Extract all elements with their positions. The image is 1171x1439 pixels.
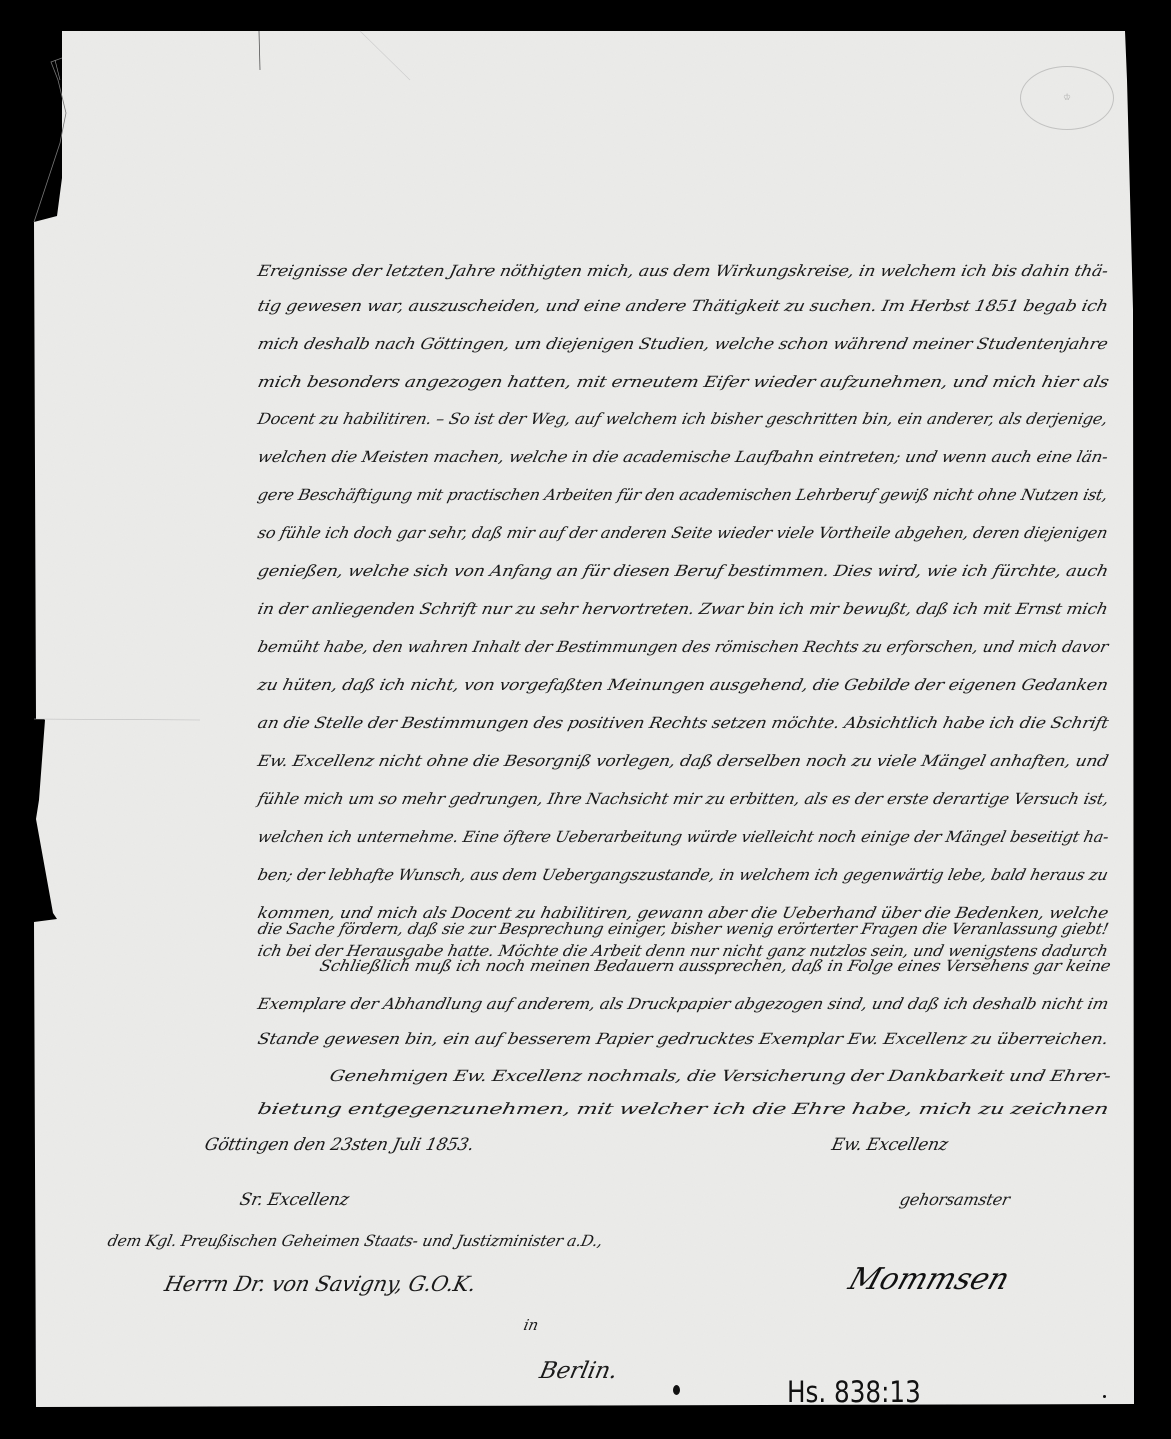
address-line-1: Sr. Excellenz	[238, 1190, 351, 1210]
body-line: Docent zu habilitiren. – So ist der Weg,…	[256, 410, 1109, 428]
body-line: mich deshalb nach Göttingen, um diejenig…	[256, 335, 1109, 353]
body-line: genießen, welche sich von Anfang an für …	[256, 562, 1110, 580]
body-line: tig gewesen war, auszuscheiden, und eine…	[256, 297, 1110, 315]
body-line: Exemplare der Abhandlung auf anderem, al…	[256, 995, 1110, 1013]
body-line: fühle mich um so mehr gedrungen, Ihre Na…	[256, 790, 1110, 808]
closing-salutation: Ew. Excellenz	[830, 1135, 950, 1155]
address-line-3: Herrn Dr. von Savigny, G.O.K.	[162, 1272, 478, 1296]
body-line: welchen ich unternehme. Eine öftere Uebe…	[256, 828, 1110, 846]
body-line: an die Stelle der Bestimmungen des posit…	[256, 714, 1110, 732]
body-line: in der anliegenden Schrift nur zu sehr h…	[256, 600, 1109, 618]
body-line: Ereignisse der letzten Jahre nöthigten m…	[256, 262, 1110, 280]
library-stamp: ♔	[1020, 66, 1114, 130]
body-line: die Sache fördern, daß sie zur Besprechu…	[256, 920, 1110, 938]
ink-dot	[673, 1385, 680, 1395]
shelfmark: Hs. 838:13	[787, 1375, 921, 1409]
body-line-indented: Schließlich muß ich noch meinen Bedauern…	[318, 957, 1112, 975]
signature: Mommsen	[844, 1262, 1014, 1297]
body-line: gere Beschäftigung mit practischen Arbei…	[256, 486, 1109, 504]
body-line: Stande gewesen bin, ein auf besserem Pap…	[256, 1030, 1110, 1048]
body-line: Ew. Excellenz nicht ohne die Besorgniß v…	[256, 752, 1110, 770]
body-line: zu hüten, daß ich nicht, von vorgefaßten…	[256, 676, 1110, 694]
body-line: welchen die Meisten machen, welche in di…	[256, 448, 1109, 466]
closing-gehorsamster: gehorsamster	[898, 1190, 1012, 1209]
body-line: bemüht habe, den wahren Inhalt der Besti…	[256, 638, 1110, 656]
body-line-indented: Genehmigen Ew. Excellenz nochmals, die V…	[328, 1067, 1112, 1085]
ink-dot	[1103, 1395, 1106, 1398]
address-line-2: dem Kgl. Preußischen Geheimen Staats- un…	[106, 1232, 604, 1250]
body-line: so fühle ich doch gar sehr, daß mir auf …	[256, 524, 1109, 542]
body-line: bietung entgegenzunehmen, mit welcher ic…	[256, 1100, 1110, 1118]
date-line: Göttingen den 23sten Juli 1853.	[203, 1135, 476, 1155]
body-line: mich besonders angezogen hatten, mit ern…	[256, 373, 1110, 391]
body-line: ben; der lebhafte Wunsch, aus dem Ueberg…	[256, 866, 1109, 884]
scanned-letter-page: ♔ Ereignisse der letzten Jahre nöthigten…	[0, 0, 1171, 1439]
address-line-5: Berlin.	[537, 1358, 619, 1384]
stamp-crest-icon: ♔	[1063, 93, 1071, 103]
